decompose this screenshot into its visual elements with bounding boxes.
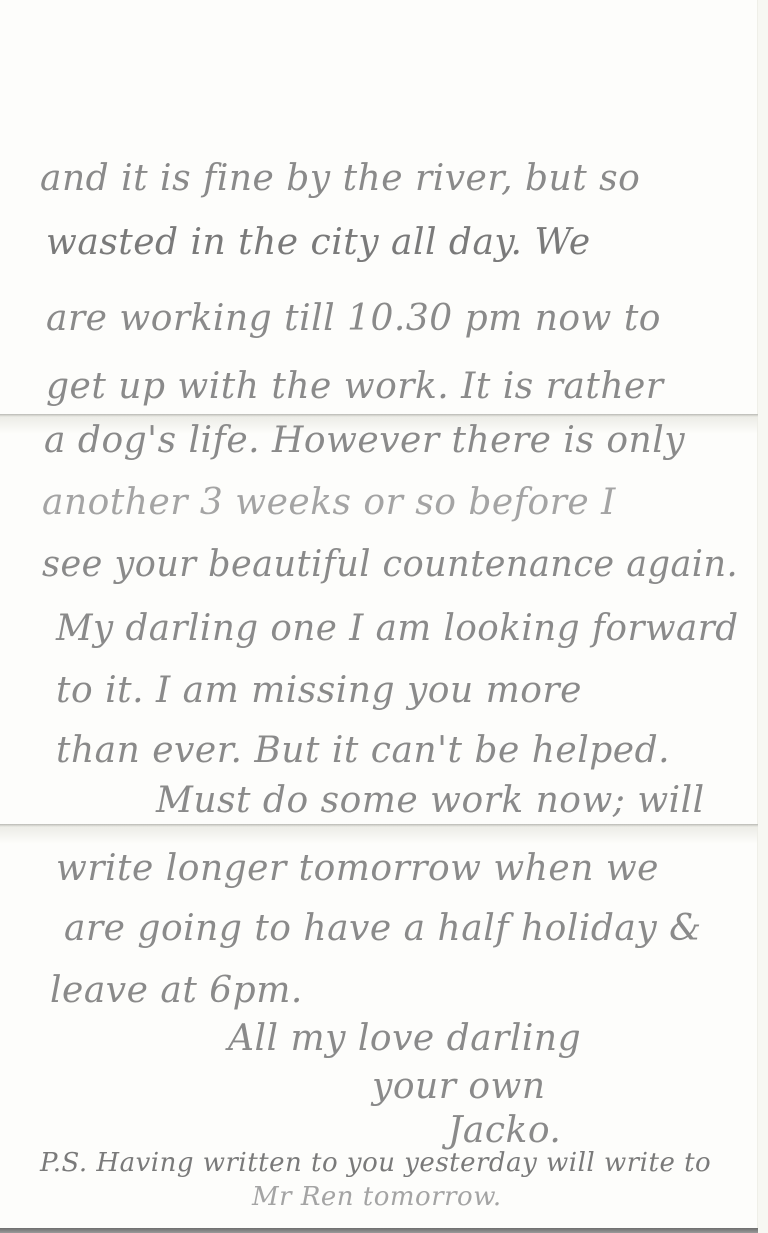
paper-edge	[757, 0, 768, 1233]
signature: Jacko.	[448, 1110, 561, 1151]
letter-line: get up with the work. It is rather	[46, 366, 664, 407]
letter-page: and it is fine by the river, but so wast…	[0, 0, 768, 1233]
letter-line: a dog's life. However there is only	[44, 420, 685, 461]
letter-line: write longer tomorrow when we	[56, 848, 659, 889]
letter-line: Must do some work now; will	[156, 780, 705, 821]
letter-line: are going to have a half holiday &	[64, 908, 702, 949]
closing-line: All my love darling	[228, 1018, 581, 1059]
postscript-line: P.S. Having written to you yesterday wil…	[40, 1148, 711, 1178]
fold-line-upper	[0, 414, 758, 417]
letter-line: leave at 6pm.	[50, 970, 303, 1011]
letter-line: than ever. But it can't be helped.	[56, 730, 670, 771]
closing-line: your own	[372, 1066, 546, 1107]
letter-line: and it is fine by the river, but so	[40, 158, 640, 199]
postscript-line: Mr Ren tomorrow.	[252, 1182, 502, 1212]
letter-line: to it. I am missing you more	[56, 670, 582, 711]
fold-line-lower	[0, 824, 758, 827]
letter-line: another 3 weeks or so before I	[42, 482, 616, 523]
letter-line: see your beautiful countenance again.	[42, 544, 738, 585]
letter-line: My darling one I am looking forward	[56, 608, 739, 649]
letter-line: are working till 10.30 pm now to	[46, 298, 661, 339]
fold-shadow	[0, 826, 758, 844]
letter-line: wasted in the city all day. We	[46, 222, 591, 263]
paper-bottom-edge	[0, 1228, 758, 1233]
